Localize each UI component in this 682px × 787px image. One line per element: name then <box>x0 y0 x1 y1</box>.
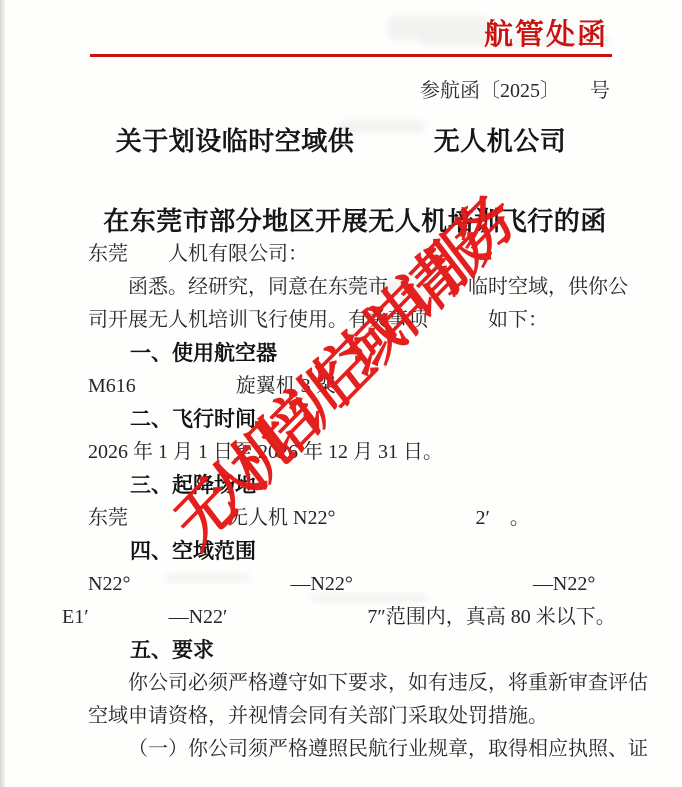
requirements-line-2: 空域申请资格，并视情会同有关部门采取处罚措施。 <box>88 700 648 733</box>
letterhead-title: 航管处函 <box>484 12 608 53</box>
requirements-line-1: 你公司必须严格遵守如下要求，如有违反，将重新审查评估 <box>88 667 648 700</box>
airspace-range-line-1: N22° —N22° —N22° <box>88 568 648 601</box>
section-2-heading: 二、飞行时间 <box>88 403 648 436</box>
section-5-heading: 五、要求 <box>88 634 648 667</box>
requirement-item-1: （一）你公司须严格遵照民航行业规章，取得相应执照、证 <box>88 733 648 766</box>
document-ref-number: 参航函〔2025〕 号 <box>420 74 610 103</box>
letterhead-rule <box>90 54 612 57</box>
document-page: 航管处函 参航函〔2025〕 号 关于划设临时空域供 无人机公司 在东莞市部分地… <box>0 0 682 787</box>
title-line-2: 在东莞市部分地区开展无人机培训飞行的函 <box>103 207 607 236</box>
airspace-range-line-2: E1′ —N22′ 7″范围内，真高 80 米以下。 <box>62 601 648 634</box>
section-3-heading: 三、起降场地 <box>88 469 648 502</box>
section-4-heading: 四、空域范围 <box>88 535 648 568</box>
title-line-1: 关于划设临时空域供 无人机公司 <box>116 127 567 156</box>
scan-edge <box>0 0 5 787</box>
flight-time-line: 2026 年 1 月 1 日至 2026 年 12 月 31 日。 <box>88 436 648 469</box>
salutation: 东莞 人机有限公司： <box>88 238 648 271</box>
